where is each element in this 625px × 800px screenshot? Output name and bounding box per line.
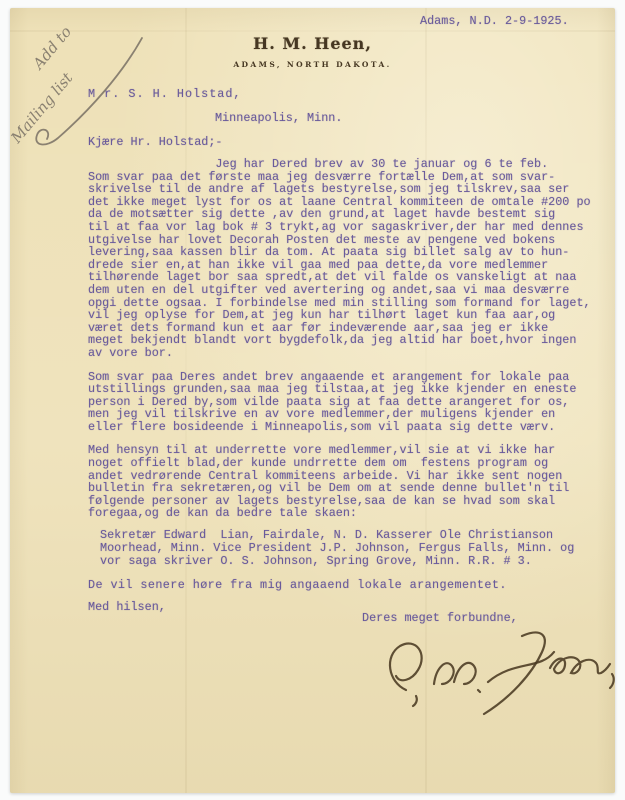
salutation: Kjære Hr. Holstad;-	[88, 136, 223, 149]
paragraph-3: Med hensyn til at underrette vore medlem…	[88, 444, 608, 520]
date-line: Adams, N.D. 2-9-1925.	[420, 15, 569, 28]
signature-stroke	[610, 674, 614, 688]
signature-stroke	[454, 663, 476, 684]
signature-stroke	[484, 633, 545, 714]
letterhead: H. M. Heen, ADAMS, NORTH DAKOTA.	[0, 34, 625, 69]
letterhead-name: H. M. Heen,	[0, 34, 625, 53]
signature-stroke	[488, 652, 554, 682]
recipient-name: M r. S. H. Holstad,	[88, 88, 242, 101]
signature-stroke	[390, 644, 422, 690]
signoff-line: Med hilsen,	[88, 601, 608, 614]
farewell-line: De vil senere høre fra mig angaaend loka…	[88, 579, 608, 592]
signature-stroke	[550, 657, 610, 673]
signature-stroke	[478, 690, 480, 692]
paragraph-2: Som svar paa Deres andet brev angaaende …	[88, 371, 608, 434]
signature-stroke	[413, 696, 417, 706]
letterhead-location: ADAMS, NORTH DAKOTA.	[0, 60, 625, 69]
letter-body: Jeg har Dered brev av 30 te januar og 6 …	[88, 158, 608, 614]
signature-stroke	[434, 663, 454, 684]
paragraph-1: Jeg har Dered brev av 30 te januar og 6 …	[88, 158, 608, 360]
valediction: Deres meget forbundne,	[362, 612, 518, 625]
recipient-city: Minneapolis, Minn.	[215, 112, 342, 125]
paragraph-officers-list: Sekretær Edward Lian, Fairdale, N. D. Ka…	[100, 529, 608, 569]
pencil-note-line2: Mailing list	[7, 68, 77, 147]
signature-handwriting	[372, 626, 622, 726]
